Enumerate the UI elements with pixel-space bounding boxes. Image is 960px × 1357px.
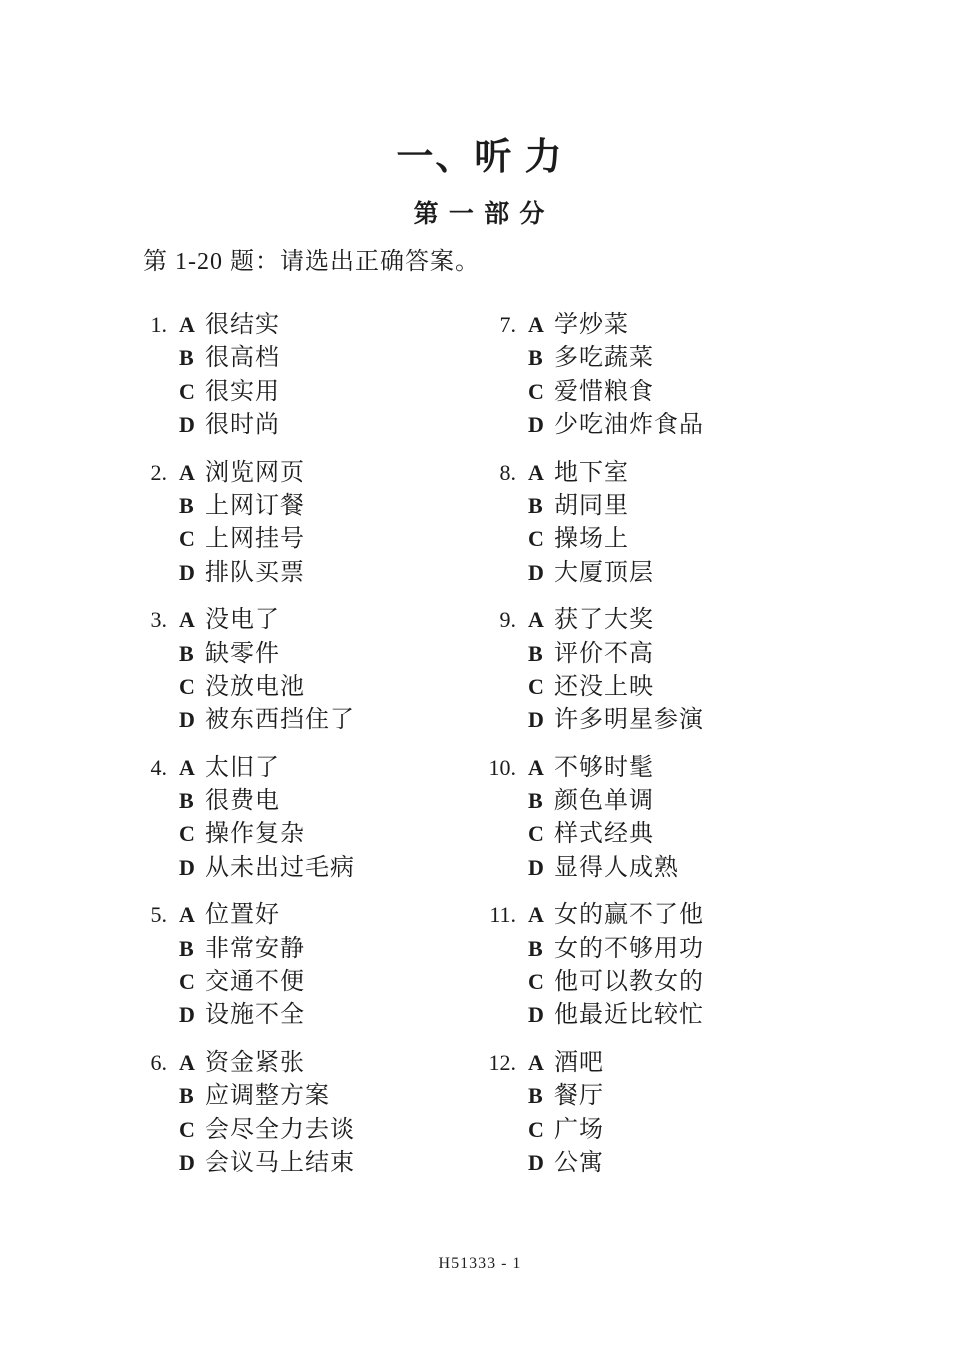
option-row: 12.A酒吧: [482, 1046, 704, 1079]
option-row: D少吃油炸食品: [482, 408, 704, 441]
option-letter: D: [528, 556, 554, 589]
option-row: 6.A资金紧张: [133, 1046, 355, 1079]
option-letter: B: [179, 784, 205, 817]
question-number: 1.: [133, 308, 167, 341]
option-letter: D: [528, 851, 554, 884]
option-row: C上网挂号: [133, 522, 355, 555]
option-letter: B: [179, 341, 205, 374]
option-letter: D: [179, 703, 205, 736]
option-text: 显得人成熟: [554, 852, 679, 885]
option-text: 广场: [554, 1114, 604, 1147]
option-letter: B: [179, 932, 205, 965]
option-letter: B: [528, 341, 554, 374]
option-letter: C: [179, 1113, 205, 1146]
option-letter: A: [179, 898, 205, 931]
question-number: 6.: [133, 1046, 167, 1079]
option-text: 上网订餐: [205, 490, 305, 523]
option-row: 5.A位置好: [133, 898, 355, 931]
option-row: 4.A太旧了: [133, 751, 355, 784]
option-row: D设施不全: [133, 998, 355, 1031]
option-text: 没电了: [205, 604, 280, 637]
option-text: 评价不高: [554, 638, 654, 671]
option-row: C广场: [482, 1113, 704, 1146]
option-text: 他最近比较忙: [554, 999, 704, 1032]
option-letter: A: [179, 603, 205, 636]
question-block: 1.A很结实B很高档C很实用D很时尚: [133, 308, 355, 442]
option-row: D他最近比较忙: [482, 998, 704, 1031]
option-letter: C: [179, 817, 205, 850]
question-block: 4.A太旧了B很费电C操作复杂D从未出过毛病: [133, 751, 355, 885]
question-block: 9.A获了大奖B评价不高C还没上映D许多明星参演: [482, 603, 704, 737]
option-text: 很结实: [205, 309, 280, 342]
option-row: B应调整方案: [133, 1079, 355, 1112]
option-text: 胡同里: [554, 490, 629, 523]
question-number: 12.: [482, 1046, 516, 1079]
option-letter: B: [528, 932, 554, 965]
option-row: C他可以教女的: [482, 965, 704, 998]
question-block: 6.A资金紧张B应调整方案C会尽全力去谈D会议马上结束: [133, 1046, 355, 1180]
option-letter: D: [528, 1146, 554, 1179]
option-row: D排队买票: [133, 556, 355, 589]
option-row: B上网订餐: [133, 489, 355, 522]
option-row: B颜色单调: [482, 784, 704, 817]
option-text: 女的赢不了他: [554, 899, 704, 932]
option-text: 没放电池: [205, 671, 305, 704]
option-text: 大厦顶层: [554, 557, 654, 590]
option-row: B缺零件: [133, 637, 355, 670]
option-row: C操作复杂: [133, 817, 355, 850]
question-block: 8.A地下室B胡同里C操场上D大厦顶层: [482, 456, 704, 590]
option-text: 获了大奖: [554, 604, 654, 637]
option-letter: C: [528, 522, 554, 555]
option-row: B评价不高: [482, 637, 704, 670]
option-letter: C: [179, 965, 205, 998]
option-letter: D: [528, 703, 554, 736]
question-block: 5.A位置好B非常安静C交通不便D设施不全: [133, 898, 355, 1032]
option-letter: D: [179, 998, 205, 1031]
option-letter: A: [179, 1046, 205, 1079]
option-text: 从未出过毛病: [205, 852, 355, 885]
option-text: 酒吧: [554, 1047, 604, 1080]
option-row: B女的不够用功: [482, 932, 704, 965]
option-row: B很费电: [133, 784, 355, 817]
question-block: 7.A学炒菜B多吃蔬菜C爱惜粮食D少吃油炸食品: [482, 308, 704, 442]
option-letter: C: [528, 670, 554, 703]
question-number: 10.: [482, 751, 516, 784]
option-letter: C: [528, 375, 554, 408]
option-row: C很实用: [133, 375, 355, 408]
option-text: 少吃油炸食品: [554, 409, 704, 442]
option-row: C爱惜粮食: [482, 375, 704, 408]
option-text: 很高档: [205, 342, 280, 375]
option-text: 很实用: [205, 376, 280, 409]
option-row: C会尽全力去谈: [133, 1113, 355, 1146]
option-text: 公寓: [554, 1147, 604, 1180]
option-letter: C: [179, 670, 205, 703]
question-number: 5.: [133, 898, 167, 931]
option-row: C操场上: [482, 522, 704, 555]
option-text: 非常安静: [205, 933, 305, 966]
question-block: 2.A浏览网页B上网订餐C上网挂号D排队买票: [133, 456, 355, 590]
option-row: B胡同里: [482, 489, 704, 522]
option-text: 操场上: [554, 523, 629, 556]
option-letter: D: [179, 1146, 205, 1179]
option-letter: D: [528, 998, 554, 1031]
option-row: C交通不便: [133, 965, 355, 998]
question-number: 9.: [482, 603, 516, 636]
option-text: 颜色单调: [554, 785, 654, 818]
question-number: 3.: [133, 603, 167, 636]
option-letter: C: [179, 522, 205, 555]
option-text: 上网挂号: [205, 523, 305, 556]
option-row: C没放电池: [133, 670, 355, 703]
option-letter: D: [528, 408, 554, 441]
page-number: H51333 - 1: [0, 1255, 960, 1273]
option-text: 多吃蔬菜: [554, 342, 654, 375]
option-letter: A: [179, 456, 205, 489]
option-row: D很时尚: [133, 408, 355, 441]
option-letter: A: [179, 308, 205, 341]
questions-column-left: 1.A很结实B很高档C很实用D很时尚2.A浏览网页B上网订餐C上网挂号D排队买票…: [133, 308, 355, 1193]
option-row: B很高档: [133, 341, 355, 374]
option-text: 太旧了: [205, 752, 280, 785]
section-title: 一、听 力: [0, 126, 960, 180]
option-letter: C: [528, 965, 554, 998]
option-row: 8.A地下室: [482, 456, 704, 489]
option-text: 会议马上结束: [205, 1147, 355, 1180]
option-letter: C: [528, 1113, 554, 1146]
option-letter: D: [179, 556, 205, 589]
option-row: D公寓: [482, 1146, 704, 1179]
option-letter: B: [528, 489, 554, 522]
option-row: 1.A很结实: [133, 308, 355, 341]
option-row: D许多明星参演: [482, 703, 704, 736]
option-text: 许多明星参演: [554, 704, 704, 737]
option-letter: A: [528, 456, 554, 489]
question-block: 12.A酒吧B餐厅C广场D公寓: [482, 1046, 704, 1180]
option-row: 7.A学炒菜: [482, 308, 704, 341]
option-text: 女的不够用功: [554, 933, 704, 966]
option-text: 还没上映: [554, 671, 654, 704]
option-row: B非常安静: [133, 932, 355, 965]
questions-column-right: 7.A学炒菜B多吃蔬菜C爱惜粮食D少吃油炸食品8.A地下室B胡同里C操场上D大厦…: [482, 308, 704, 1193]
option-text: 爱惜粮食: [554, 376, 654, 409]
option-letter: D: [179, 851, 205, 884]
option-text: 设施不全: [205, 999, 305, 1032]
option-row: D从未出过毛病: [133, 851, 355, 884]
option-letter: D: [179, 408, 205, 441]
option-text: 地下室: [554, 457, 629, 490]
option-text: 交通不便: [205, 966, 305, 999]
option-letter: B: [528, 637, 554, 670]
option-letter: B: [528, 1079, 554, 1112]
option-letter: B: [179, 637, 205, 670]
instruction-text: 第 1-20 题：请选出正确答案。: [143, 241, 480, 276]
option-letter: A: [528, 308, 554, 341]
option-text: 学炒菜: [554, 309, 629, 342]
option-row: B多吃蔬菜: [482, 341, 704, 374]
option-row: D会议马上结束: [133, 1146, 355, 1179]
option-row: 10.A不够时髦: [482, 751, 704, 784]
question-block: 3.A没电了B缺零件C没放电池D被东西挡住了: [133, 603, 355, 737]
option-row: 9.A获了大奖: [482, 603, 704, 636]
part-title: 第 一 部 分: [0, 194, 960, 230]
option-row: D大厦顶层: [482, 556, 704, 589]
option-letter: A: [528, 603, 554, 636]
question-number: 2.: [133, 456, 167, 489]
option-text: 会尽全力去谈: [205, 1114, 355, 1147]
option-letter: B: [179, 489, 205, 522]
option-text: 很费电: [205, 785, 280, 818]
exam-page: 一、听 力 第 一 部 分 第 1-20 题：请选出正确答案。 1.A很结实B很…: [0, 0, 960, 1357]
option-letter: A: [528, 1046, 554, 1079]
option-letter: C: [528, 817, 554, 850]
option-row: C样式经典: [482, 817, 704, 850]
option-text: 资金紧张: [205, 1047, 305, 1080]
question-number: 8.: [482, 456, 516, 489]
option-row: 2.A浏览网页: [133, 456, 355, 489]
option-letter: A: [179, 751, 205, 784]
option-letter: C: [179, 375, 205, 408]
option-text: 样式经典: [554, 818, 654, 851]
question-number: 7.: [482, 308, 516, 341]
option-row: 3.A没电了: [133, 603, 355, 636]
option-letter: A: [528, 751, 554, 784]
option-row: D被东西挡住了: [133, 703, 355, 736]
option-letter: B: [528, 784, 554, 817]
option-text: 浏览网页: [205, 457, 305, 490]
question-number: 11.: [482, 898, 516, 931]
option-text: 应调整方案: [205, 1080, 330, 1113]
option-text: 缺零件: [205, 638, 280, 671]
option-row: D显得人成熟: [482, 851, 704, 884]
question-block: 11.A女的赢不了他B女的不够用功C他可以教女的D他最近比较忙: [482, 898, 704, 1032]
option-text: 很时尚: [205, 409, 280, 442]
option-text: 位置好: [205, 899, 280, 932]
option-text: 操作复杂: [205, 818, 305, 851]
option-letter: A: [528, 898, 554, 931]
option-text: 被东西挡住了: [205, 704, 355, 737]
option-text: 他可以教女的: [554, 966, 704, 999]
option-text: 排队买票: [205, 557, 305, 590]
question-number: 4.: [133, 751, 167, 784]
option-row: C还没上映: [482, 670, 704, 703]
option-row: B餐厅: [482, 1079, 704, 1112]
question-block: 10.A不够时髦B颜色单调C样式经典D显得人成熟: [482, 751, 704, 885]
option-row: 11.A女的赢不了他: [482, 898, 704, 931]
option-text: 餐厅: [554, 1080, 604, 1113]
option-letter: B: [179, 1079, 205, 1112]
option-text: 不够时髦: [554, 752, 654, 785]
